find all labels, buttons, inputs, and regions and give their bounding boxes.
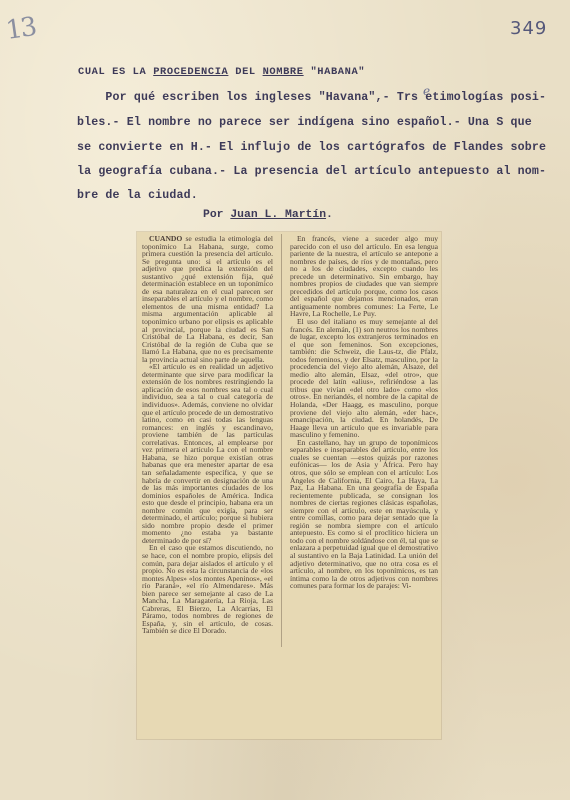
summary-line: se convierte en H.- El influjo de los ca…	[77, 141, 547, 154]
summary-line: la geografía cubana.- La presencia del a…	[77, 165, 547, 178]
title-part: DEL	[228, 66, 262, 78]
title-underlined-procedencia: PROCEDENCIA	[153, 66, 228, 78]
byline-prefix: Por	[203, 209, 230, 221]
summary-line: Por qué escriben los ingleses "Havana",-…	[77, 91, 547, 104]
byline-suffix: .	[326, 209, 333, 221]
handwritten-mark-text: 13	[4, 12, 37, 46]
paragraph: En francés, viene a suceder algo muy par…	[290, 235, 438, 318]
clipping-column-2: En francés, viene a suceder algo muy par…	[290, 235, 438, 590]
title-part: "HABANA"	[304, 66, 366, 78]
title-underlined-nombre: NOMBRE	[263, 66, 304, 78]
document-title: CUAL ES LA PROCEDENCIA DEL NOMBRE "HABAN…	[78, 66, 548, 78]
paragraph: El uso del italiano es muy semejante al …	[290, 318, 438, 439]
paragraph: CUANDO se estudia la etimología del topo…	[142, 235, 273, 363]
paragraph-text: se estudia la etimología del toponímico …	[142, 234, 273, 364]
paragraph: En castellano, hay un grupo de toponímic…	[290, 439, 438, 590]
byline: Por Juan L. Martín.	[203, 209, 333, 221]
paragraph: En el caso que estamos discutiendo, no s…	[142, 544, 273, 635]
title-part: CUAL ES LA	[78, 66, 153, 78]
paragraph: «El artículo es en realidad un adjetivo …	[142, 363, 273, 544]
summary-line: bre de la ciudad.	[77, 189, 547, 202]
summary-line: bles.- El nombre no parece ser indígena …	[77, 116, 547, 129]
newspaper-clipping: CUANDO se estudia la etimología del topo…	[137, 232, 441, 739]
handwritten-page-number: 349	[510, 18, 547, 39]
handwritten-folio-mark: 13	[4, 12, 37, 46]
byline-author: Juan L. Martín	[230, 209, 326, 221]
column-divider	[281, 234, 282, 647]
clipping-column-1: CUANDO se estudia la etimología del topo…	[142, 235, 273, 635]
